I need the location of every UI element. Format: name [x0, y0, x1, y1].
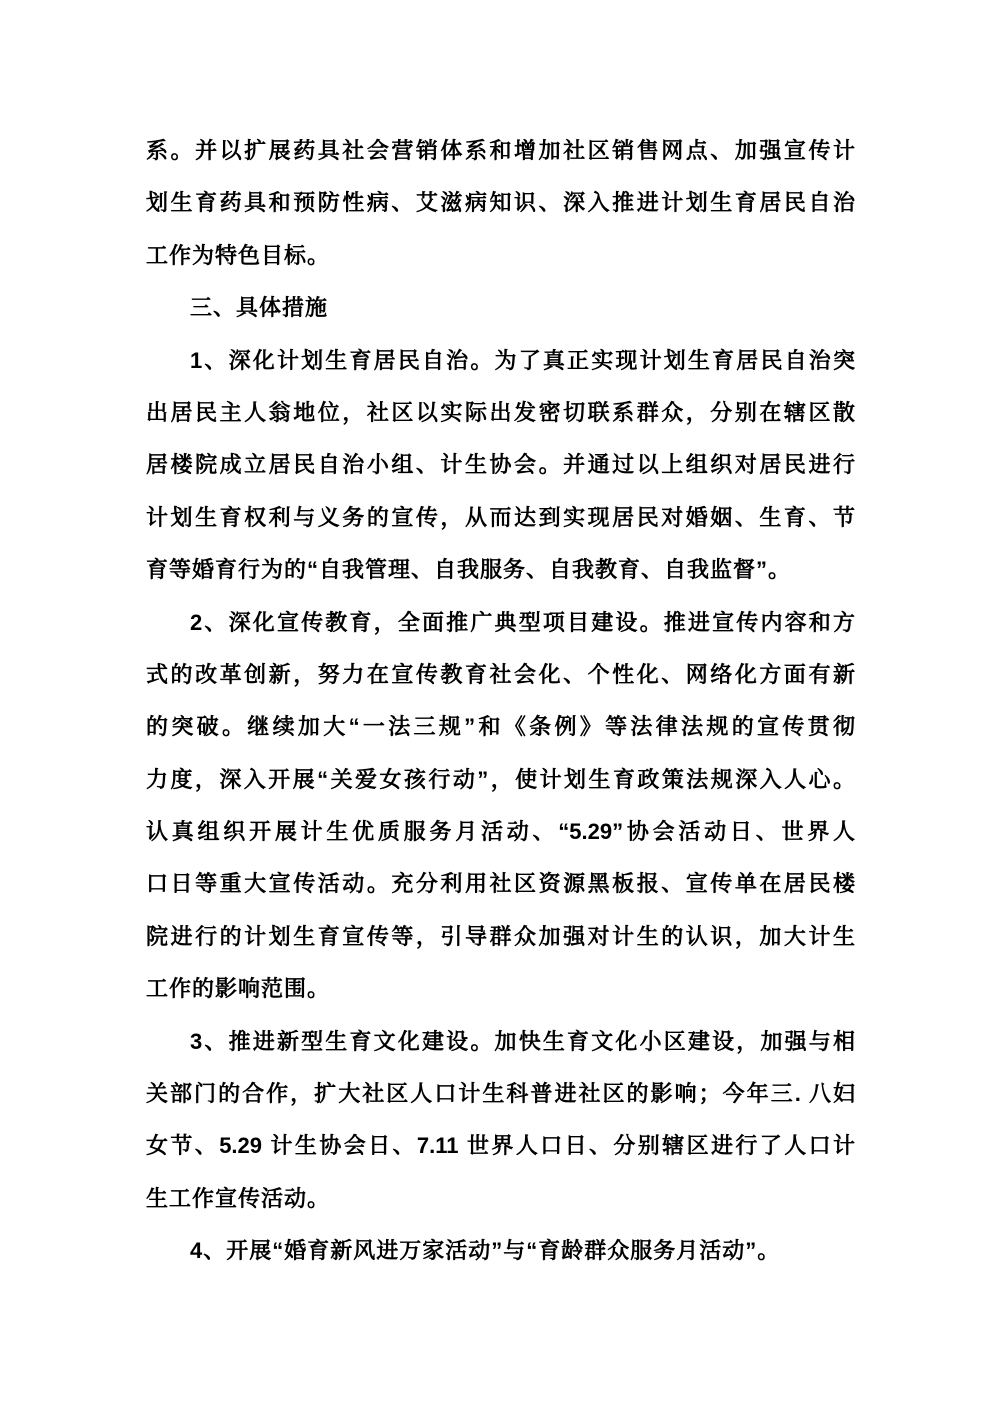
- text-line: 系。并以扩展药具社会营销体系和增加社区销售网点、加强宣传计: [146, 125, 855, 177]
- text-line: 生工作宣传活动。: [146, 1173, 855, 1225]
- text-line: 力度，深入开展“关爱女孩行动”，使计划生育政策法规深入人心。: [146, 754, 855, 806]
- document-page: 系。并以扩展药具社会营销体系和增加社区销售网点、加强宣传计 划生育药具和预防性病…: [0, 0, 1000, 1415]
- text-line: 出居民主人翁地位，社区以实际出发密切联系群众，分别在辖区散: [146, 387, 855, 439]
- text-line: 口日等重大宣传活动。充分利用社区资源黑板报、宣传单在居民楼: [146, 858, 855, 910]
- document-body: 系。并以扩展药具社会营销体系和增加社区销售网点、加强宣传计 划生育药具和预防性病…: [146, 125, 855, 1278]
- text-line: 工作为特色目标。: [146, 230, 855, 282]
- text-line: 女节、5.29 计生协会日、7.11 世界人口日、分别辖区进行了人口计: [146, 1120, 855, 1172]
- section-heading: 三、具体措施: [146, 282, 855, 334]
- text-line: 认真组织开展计生优质服务月活动、“5.29”协会活动日、世界人: [146, 806, 855, 858]
- text-line: 育等婚育行为的“自我管理、自我服务、自我教育、自我监督”。: [146, 544, 855, 596]
- text-line: 划生育药具和预防性病、艾滋病知识、深入推进计划生育居民自治: [146, 177, 855, 229]
- paragraph-start-line: 1、深化计划生育居民自治。为了真正实现计划生育居民自治突: [146, 335, 855, 387]
- text-line: 计划生育权利与义务的宣传，从而达到实现居民对婚姻、生育、节: [146, 492, 855, 544]
- text-line: 式的改革创新，努力在宣传教育社会化、个性化、网络化方面有新: [146, 649, 855, 701]
- text-line: 的突破。继续加大“一法三规”和《条例》等法律法规的宣传贯彻: [146, 701, 855, 753]
- text-line: 关部门的合作，扩大社区人口计生科普进社区的影响；今年三. 八妇: [146, 1068, 855, 1120]
- text-line: 居楼院成立居民自治小组、计生协会。并通过以上组织对居民进行: [146, 439, 855, 491]
- paragraph-start-line: 2、深化宣传教育，全面推广典型项目建设。推进宣传内容和方: [146, 597, 855, 649]
- paragraph-start-line: 3、推进新型生育文化建设。加快生育文化小区建设，加强与相: [146, 1016, 855, 1068]
- paragraph-start-line: 4、开展“婚育新风进万家活动”与“育龄群众服务月活动”。: [146, 1225, 855, 1277]
- text-line: 院进行的计划生育宣传等，引导群众加强对计生的认识，加大计生: [146, 911, 855, 963]
- text-line: 工作的影响范围。: [146, 963, 855, 1015]
